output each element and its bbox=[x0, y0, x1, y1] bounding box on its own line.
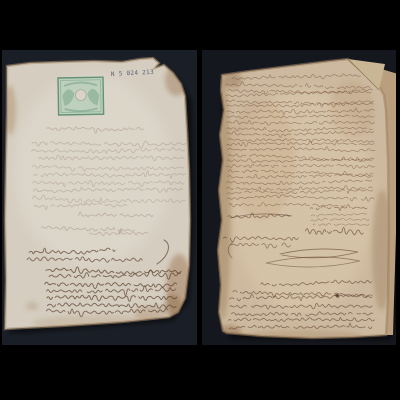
photo-left: N 5 024 213 bbox=[2, 50, 197, 345]
stamp-punch-hole bbox=[75, 90, 86, 101]
manuscript-right bbox=[202, 50, 396, 345]
photo-right bbox=[202, 50, 396, 345]
manuscript-left: N 5 024 213 bbox=[2, 50, 197, 345]
revenue-stamp bbox=[58, 77, 104, 115]
photo-collage: N 5 024 213 bbox=[0, 0, 400, 400]
